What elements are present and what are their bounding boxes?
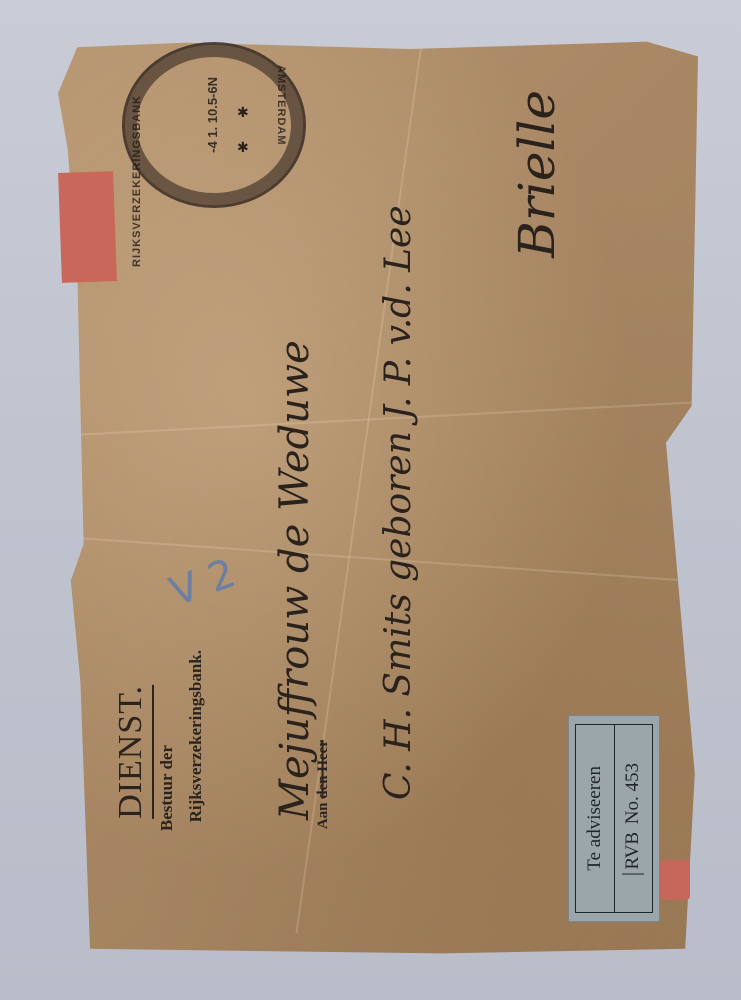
dienst-heading: DIENST. <box>112 685 154 819</box>
star-icon: ✱ <box>237 140 249 157</box>
postmark-city: AMSTERDAM <box>275 65 287 146</box>
label-prefix: RVB <box>622 832 644 875</box>
postmark-date: -4 1. 10.5-6N <box>205 77 220 153</box>
handwritten-place: Brielle <box>508 90 566 258</box>
label-column-1: Te adviseeren <box>576 725 615 912</box>
red-paper-corner <box>660 860 690 900</box>
postmark-top-text: RIJKSVERZEKERINGSBANK <box>131 95 143 267</box>
red-paper-tab <box>58 171 117 283</box>
postmark-stamp: RIJKSVERZEKERINGSBANK AMSTERDAM -4 1. 10… <box>122 42 306 208</box>
handwritten-address-line-1: Mejuffrouw de Weduwe <box>272 200 318 820</box>
sender-line-2: Rijksverzekeringsbank. <box>186 650 206 822</box>
handwritten-address-line-2: C. H. Smits geboren J. P. v.d. Lee <box>378 60 419 800</box>
sender-line-1: Bestuur der <box>157 745 177 831</box>
label-text-1: Te adviseeren <box>584 766 606 871</box>
label-number: No. 453 <box>622 763 644 824</box>
te-adviseeren-label: Te adviseeren No. 453 RVB <box>568 715 660 922</box>
label-column-2: No. 453 RVB <box>615 725 653 912</box>
star-icon: ✱ <box>237 105 249 122</box>
